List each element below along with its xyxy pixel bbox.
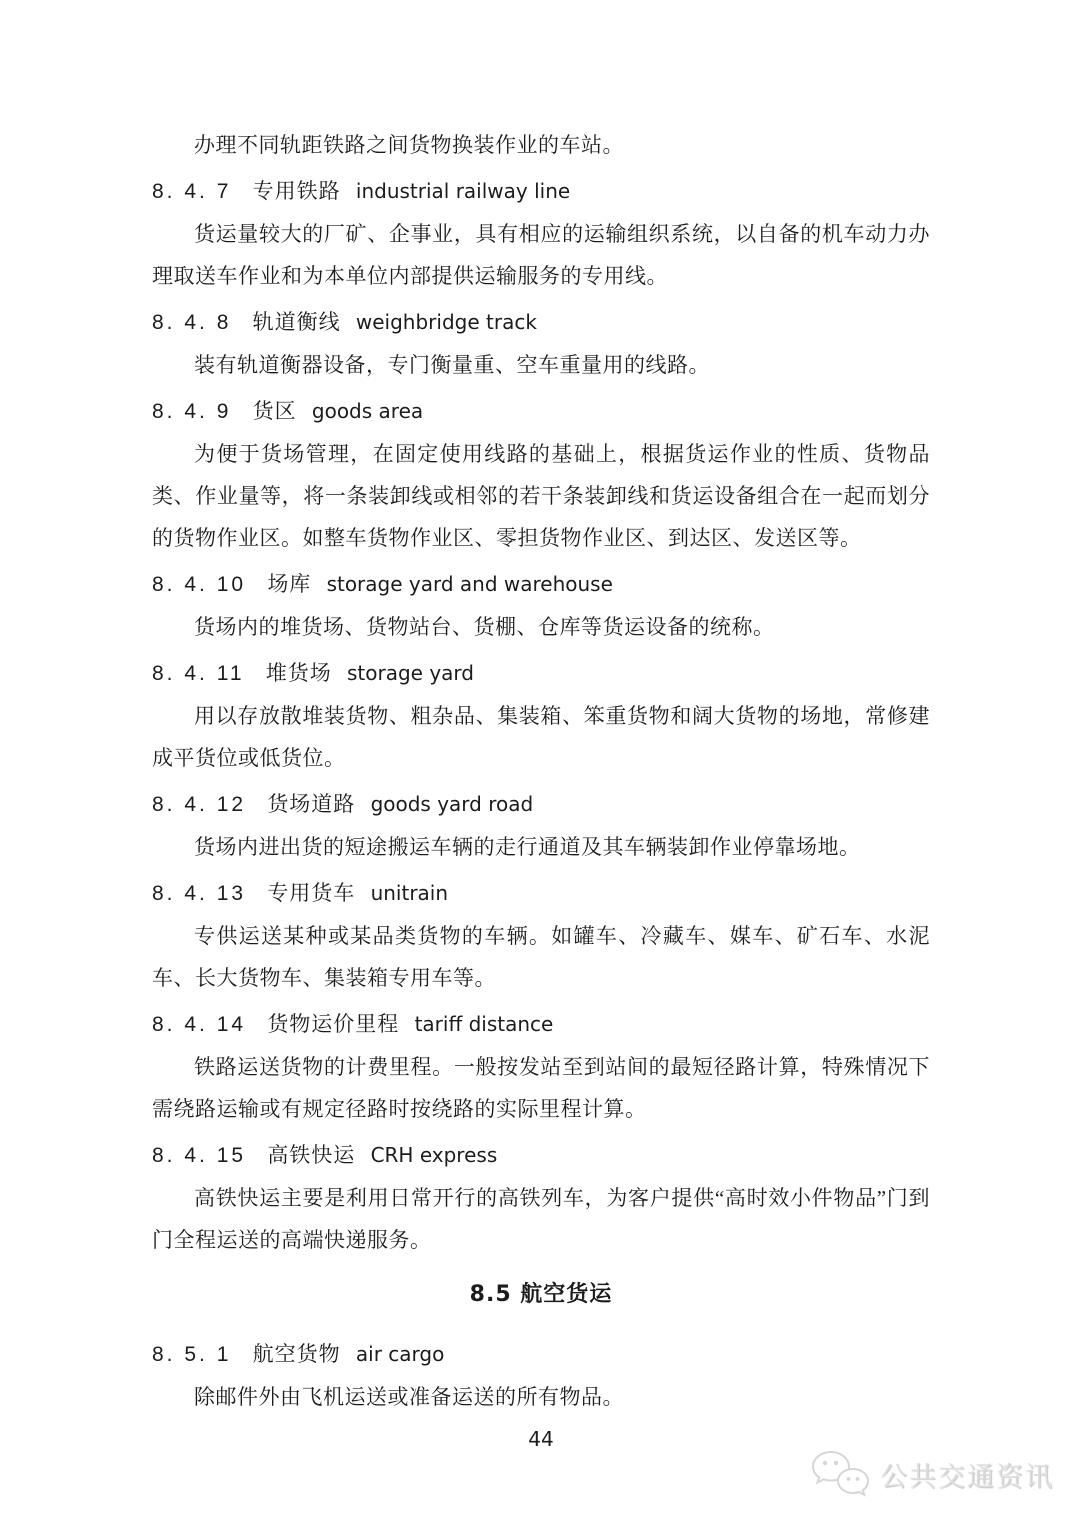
- entry-number: 8. 4. 13: [152, 882, 246, 905]
- entry-heading: 8. 4. 13 专用货车 unitrain: [152, 872, 930, 915]
- entry-8-4-9: 8. 4. 9 货区 goods area 为便于货场管理，在固定使用线路的基础…: [152, 390, 930, 559]
- entry-8-4-10: 8. 4. 10 场库 storage yard and warehouse 货…: [152, 563, 930, 648]
- entry-number: 8. 4. 7: [152, 180, 231, 203]
- entry-heading: 8. 4. 12 货场道路 goods yard road: [152, 783, 930, 826]
- entry-definition: 高铁快运主要是利用日常开行的高铁列车，为客户提供“高时效小件物品”门到门全程运送…: [152, 1177, 930, 1261]
- entry-number: 8. 4. 9: [152, 400, 231, 423]
- entry-term-en: industrial railway line: [356, 179, 570, 203]
- entry-definition: 货场内进出货的短途搬运车辆的走行通道及其车辆装卸作业停靠场地。: [152, 826, 930, 868]
- entry-term-zh: 货区: [253, 399, 297, 423]
- entry-term-zh: 场库: [267, 572, 311, 596]
- entry-number: 8. 4. 10: [152, 573, 246, 596]
- document-page: 办理不同轨距铁路之间货物换装作业的车站。 8. 4. 7 专用铁路 indust…: [0, 0, 1080, 1527]
- entry-term-en: goods area: [312, 399, 423, 423]
- entry-heading: 8. 4. 8 轨道衡线 weighbridge track: [152, 301, 930, 344]
- watermark-label: 公共交通资讯: [880, 1455, 1054, 1494]
- entry-8-4-12: 8. 4. 12 货场道路 goods yard road 货场内进出货的短途搬…: [152, 783, 930, 868]
- entry-8-4-13: 8. 4. 13 专用货车 unitrain 专供运送某种或某品类货物的车辆。如…: [152, 872, 930, 999]
- entry-number: 8. 5. 1: [152, 1343, 231, 1366]
- entry-term-en: air cargo: [356, 1342, 444, 1366]
- entry-term-en: storage yard and warehouse: [327, 572, 613, 596]
- entry-definition: 货运量较大的厂矿、企事业，具有相应的运输组织系统，以自备的机车动力办理取送车作业…: [152, 213, 930, 297]
- entry-term-zh: 高铁快运: [267, 1143, 355, 1167]
- entry-definition: 专供运送某种或某品类货物的车辆。如罐车、冷藏车、媒车、矿石车、水泥车、长大货物车…: [152, 915, 930, 999]
- entry-heading: 8. 4. 11 堆货场 storage yard: [152, 652, 930, 695]
- entry-number: 8. 4. 15: [152, 1144, 246, 1167]
- watermark: 公共交通资讯: [810, 1448, 1054, 1500]
- document-content: 办理不同轨距铁路之间货物换装作业的车站。 8. 4. 7 专用铁路 indust…: [152, 124, 930, 1460]
- intro-paragraph: 办理不同轨距铁路之间货物换装作业的车站。: [152, 124, 930, 166]
- entry-term-zh: 货场道路: [267, 792, 355, 816]
- entry-definition: 铁路运送货物的计费里程。一般按发站至到站间的最短径路计算，特殊情况下需绕路运输或…: [152, 1046, 930, 1130]
- entry-term-en: goods yard road: [371, 792, 534, 816]
- entry-8-4-8: 8. 4. 8 轨道衡线 weighbridge track 装有轨道衡器设备，…: [152, 301, 930, 386]
- entry-term-en: tariff distance: [415, 1012, 554, 1036]
- entry-definition: 货场内的堆货场、货物站台、货棚、仓库等货运设备的统称。: [152, 606, 930, 648]
- entry-definition: 装有轨道衡器设备，专门衡量重、空车重量用的线路。: [152, 344, 930, 386]
- entry-term-en: weighbridge track: [356, 310, 537, 334]
- entry-term-zh: 专用货车: [267, 881, 355, 905]
- entry-number: 8. 4. 12: [152, 793, 246, 816]
- wechat-icon: [810, 1448, 872, 1500]
- entry-heading: 8. 4. 7 专用铁路 industrial railway line: [152, 170, 930, 213]
- entry-number: 8. 4. 8: [152, 311, 231, 334]
- entry-number: 8. 4. 14: [152, 1013, 246, 1036]
- entry-heading: 8. 4. 9 货区 goods area: [152, 390, 930, 433]
- entry-8-4-15: 8. 4. 15 高铁快运 CRH express 高铁快运主要是利用日常开行的…: [152, 1134, 930, 1261]
- entry-8-4-14: 8. 4. 14 货物运价里程 tariff distance 铁路运送货物的计…: [152, 1003, 930, 1130]
- entry-term-en: storage yard: [347, 661, 474, 685]
- entry-heading: 8. 4. 15 高铁快运 CRH express: [152, 1134, 930, 1177]
- entry-term-zh: 堆货场: [266, 661, 332, 685]
- entry-heading: 8. 4. 14 货物运价里程 tariff distance: [152, 1003, 930, 1046]
- entry-term-en: unitrain: [371, 881, 448, 905]
- entry-term-en: CRH express: [371, 1143, 498, 1167]
- entry-definition: 用以存放散堆装货物、粗杂品、集装箱、笨重货物和阔大货物的场地，常修建成平货位或低…: [152, 695, 930, 779]
- entry-term-zh: 专用铁路: [253, 179, 341, 203]
- entry-definition: 除邮件外由飞机运送或准备运送的所有物品。: [152, 1376, 930, 1418]
- entry-term-zh: 货物运价里程: [267, 1012, 399, 1036]
- entry-heading: 8. 5. 1 航空货物 air cargo: [152, 1333, 930, 1376]
- entry-term-zh: 航空货物: [253, 1342, 341, 1366]
- entry-8-4-7: 8. 4. 7 专用铁路 industrial railway line 货运量…: [152, 170, 930, 297]
- entry-8-5-1: 8. 5. 1 航空货物 air cargo 除邮件外由飞机运送或准备运送的所有…: [152, 1333, 930, 1418]
- entry-definition: 为便于货场管理，在固定使用线路的基础上，根据货运作业的性质、货物品类、作业量等，…: [152, 433, 930, 559]
- entry-heading: 8. 4. 10 场库 storage yard and warehouse: [152, 563, 930, 606]
- entry-number: 8. 4. 11: [152, 662, 245, 685]
- section-heading-8-5: 8.5 航空货运: [152, 1274, 930, 1316]
- entry-8-4-11: 8. 4. 11 堆货场 storage yard 用以存放散堆装货物、粗杂品、…: [152, 652, 930, 779]
- entry-term-zh: 轨道衡线: [253, 310, 341, 334]
